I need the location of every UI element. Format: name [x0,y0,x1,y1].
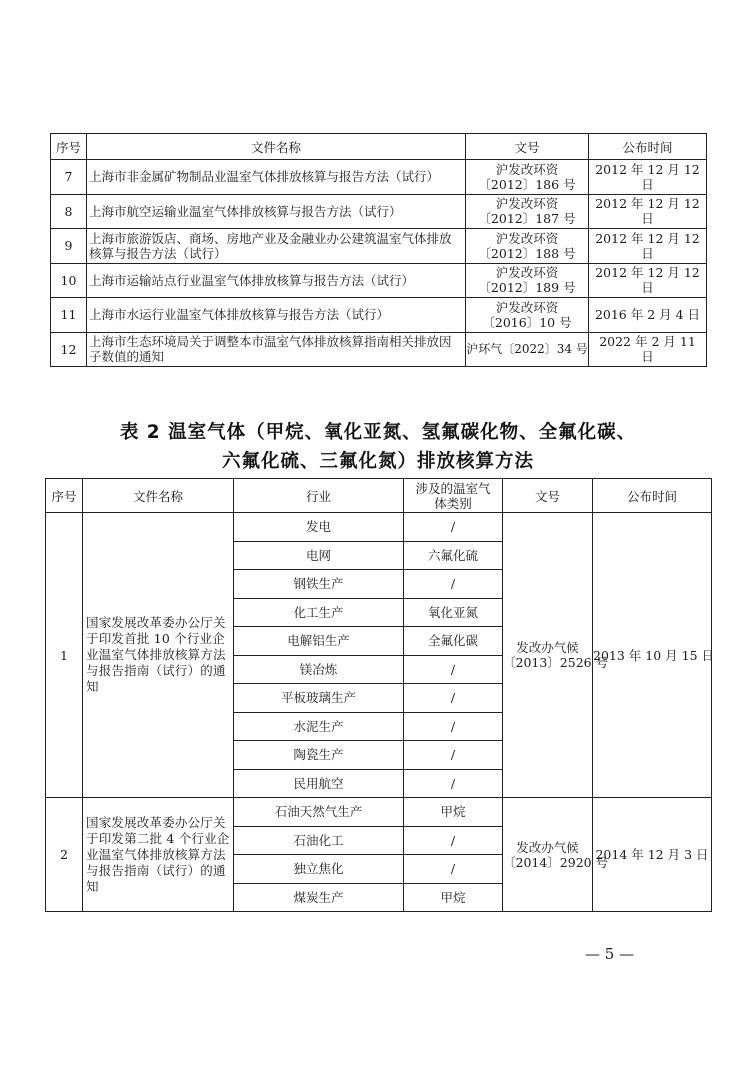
row-no: 10 [51,263,87,298]
gas-type: 甲烷 [404,883,503,912]
industry: 镁冶炼 [234,655,404,684]
row-no: 11 [51,298,87,333]
group-no: 2 [46,798,83,912]
table-row: 10 上海市运输站点行业温室气体排放核算与报告方法（试行） 沪发改环资〔2012… [51,263,707,298]
row-no: 8 [51,194,87,229]
header-file-name: 文件名称 [87,134,466,160]
row-date: 2012 年 12 月 12 日 [589,229,707,264]
group-file-name: 国家发展改革委办公厅关于印发首批 10 个行业企业温室气体排放核算方法与报告指南… [83,513,234,798]
table-row: 8 上海市航空运输业温室气体排放核算与报告方法（试行） 沪发改环资〔2012〕1… [51,194,707,229]
gas-type: / [404,769,503,798]
row-doc-no: 沪发改环资〔2012〕186 号 [466,160,589,195]
industry: 平板玻璃生产 [234,684,404,713]
row-date: 2012 年 12 月 12 日 [589,194,707,229]
industry: 钢铁生产 [234,570,404,599]
row-no: 7 [51,160,87,195]
table-header-row: 序号 文件名称 文号 公布时间 [51,134,707,160]
page-number: — 5 — [585,945,634,963]
group-date: 2014 年 12 月 3 日 [593,798,712,912]
gas-type: 甲烷 [404,798,503,827]
gas-type: / [404,513,503,542]
gas-type: 全氟化碳 [404,627,503,656]
title-line-2: 六氟化硫、三氟化氮）排放核算方法 [0,447,756,476]
industry: 电网 [234,541,404,570]
industry: 陶瓷生产 [234,741,404,770]
row-file-name: 上海市运输站点行业温室气体排放核算与报告方法（试行） [87,263,466,298]
row-date: 2022 年 2 月 11 日 [589,332,707,367]
table-row: 11 上海市水运行业温室气体排放核算与报告方法（试行） 沪发改环资〔2016〕1… [51,298,707,333]
row-doc-no: 沪发改环资〔2012〕189 号 [466,263,589,298]
industry: 电解铝生产 [234,627,404,656]
row-no: 9 [51,229,87,264]
row-date: 2012 年 12 月 12 日 [589,160,707,195]
gas-type: 六氟化硫 [404,541,503,570]
row-date: 2012 年 12 月 12 日 [589,263,707,298]
table-2-title: 表 2 温室气体（甲烷、氧化亚氮、氢氟碳化物、全氟化碳、 六氟化硫、三氟化氮）排… [0,418,756,476]
title-line-1: 表 2 温室气体（甲烷、氧化亚氮、氢氟碳化物、全氟化碳、 [0,418,756,447]
header-date: 公布时间 [593,479,712,513]
row-file-name: 上海市旅游饭店、商场、房地产业及金融业办公建筑温室气体排放核算与报告方法（试行） [87,229,466,264]
gas-type: / [404,741,503,770]
gas-type: / [404,855,503,884]
row-file-name: 上海市生态环境局关于调整本市温室气体排放核算指南相关排放因子数值的通知 [87,332,466,367]
group-date: 2013 年 10 月 15 日 [593,513,712,798]
header-industry: 行业 [234,479,404,513]
table-1: 序号 文件名称 文号 公布时间 7 上海市非金属矿物制品业温室气体排放核算与报告… [50,133,707,367]
header-no: 序号 [51,134,87,160]
table-row: 12 上海市生态环境局关于调整本市温室气体排放核算指南相关排放因子数值的通知 沪… [51,332,707,367]
row-doc-no: 沪发改环资〔2012〕187 号 [466,194,589,229]
table-2: 序号 文件名称 行业 涉及的温室气体类别 文号 公布时间 1 国家发展改革委办公… [45,478,712,912]
header-date: 公布时间 [589,134,707,160]
table-row: 2 国家发展改革委办公厅关于印发第二批 4 个行业企业温室气体排放核算方法与报告… [46,798,712,827]
header-doc-no: 文号 [466,134,589,160]
row-file-name: 上海市水运行业温室气体排放核算与报告方法（试行） [87,298,466,333]
table-header-row: 序号 文件名称 行业 涉及的温室气体类别 文号 公布时间 [46,479,712,513]
group-no: 1 [46,513,83,798]
industry: 水泥生产 [234,712,404,741]
gas-type: / [404,684,503,713]
industry: 发电 [234,513,404,542]
gas-type: / [404,712,503,741]
industry: 化工生产 [234,598,404,627]
gas-type: 氧化亚氮 [404,598,503,627]
industry: 石油化工 [234,826,404,855]
industry: 民用航空 [234,769,404,798]
header-doc-no: 文号 [503,479,593,513]
row-file-name: 上海市非金属矿物制品业温室气体排放核算与报告方法（试行） [87,160,466,195]
row-file-name: 上海市航空运输业温室气体排放核算与报告方法（试行） [87,194,466,229]
row-doc-no: 沪环气〔2022〕34 号 [466,332,589,367]
row-doc-no: 沪发改环资〔2012〕188 号 [466,229,589,264]
group-doc-no: 发改办气候〔2014〕2920 号 [503,798,593,912]
gas-type: / [404,655,503,684]
gas-type: / [404,826,503,855]
header-file-name: 文件名称 [83,479,234,513]
table-row: 7 上海市非金属矿物制品业温室气体排放核算与报告方法（试行） 沪发改环资〔201… [51,160,707,195]
gas-type: / [404,570,503,599]
header-no: 序号 [46,479,83,513]
row-doc-no: 沪发改环资〔2016〕10 号 [466,298,589,333]
header-gas-type: 涉及的温室气体类别 [404,479,503,513]
group-doc-no: 发改办气候〔2013〕2526 号 [503,513,593,798]
row-no: 12 [51,332,87,367]
industry: 煤炭生产 [234,883,404,912]
table-row: 9 上海市旅游饭店、商场、房地产业及金融业办公建筑温室气体排放核算与报告方法（试… [51,229,707,264]
group-file-name: 国家发展改革委办公厅关于印发第二批 4 个行业企业温室气体排放核算方法与报告指南… [83,798,234,912]
row-date: 2016 年 2 月 4 日 [589,298,707,333]
industry: 石油天然气生产 [234,798,404,827]
table-row: 1 国家发展改革委办公厅关于印发首批 10 个行业企业温室气体排放核算方法与报告… [46,513,712,542]
industry: 独立焦化 [234,855,404,884]
